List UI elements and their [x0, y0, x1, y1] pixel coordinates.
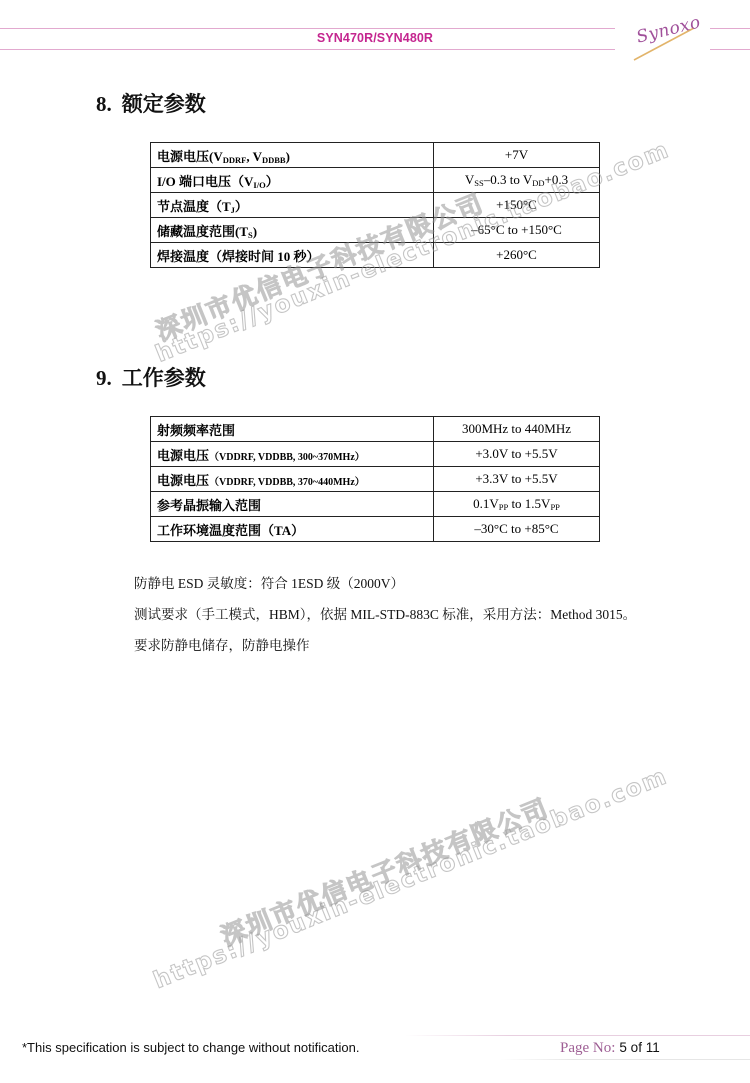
ratings-table: 电源电压(VDDRF, VDDBB) +7V I/O 端口电压（VI/O） VS… [150, 142, 600, 268]
watermark-url: https://youxin-electronic.taobao.com [150, 763, 672, 994]
section-8-heading: 8.额定参数 [96, 88, 206, 118]
table-row: 节点温度（TJ） +150°C [151, 193, 600, 218]
param-value: +150°C [434, 193, 600, 218]
param-label: I/O 端口电压（VI/O） [151, 168, 434, 193]
param-value: –30°C to +85°C [434, 517, 600, 542]
esd-sensitivity-note: 防静电 ESD 灵敏度：符合 1ESD 级（2000V） [134, 572, 404, 592]
param-value: +3.0V to +5.5V [434, 442, 600, 467]
table-row: 电源电压（VDDRF, VDDBB, 300~370MHz） +3.0V to … [151, 442, 600, 467]
param-label: 电源电压（VDDRF, VDDBB, 300~370MHz） [151, 442, 434, 467]
param-value: 0.1VPP to 1.5VPP [434, 492, 600, 517]
brand-logo: Synoxo [628, 14, 708, 64]
table-row: 参考晶振输入范围 0.1VPP to 1.5VPP [151, 492, 600, 517]
table-row: 电源电压（VDDRF, VDDBB, 370~440MHz） +3.3V to … [151, 467, 600, 492]
footer-rule-top [405, 1035, 750, 1036]
table-row: 电源电压(VDDRF, VDDBB) +7V [151, 143, 600, 168]
disclaimer: *This specification is subject to change… [22, 1040, 359, 1055]
param-label: 电源电压（VDDRF, VDDBB, 370~440MHz） [151, 467, 434, 492]
param-label: 电源电压(VDDRF, VDDBB) [151, 143, 434, 168]
handling-note: 要求防静电储存，防静电操作 [134, 634, 310, 654]
header-rule-top-right [710, 28, 750, 29]
watermark-company: 深圳市优信电子科技有限公司 [215, 789, 554, 954]
param-label: 射频频率范围 [151, 417, 434, 442]
param-value: 300MHz to 440MHz [434, 417, 600, 442]
header-rule-top [0, 28, 615, 29]
table-row: I/O 端口电压（VI/O） VSS–0.3 to VDD+0.3 [151, 168, 600, 193]
param-value: VSS–0.3 to VDD+0.3 [434, 168, 600, 193]
param-label: 储藏温度范围(TS) [151, 218, 434, 243]
test-requirement-note: 测试要求（手工模式，HBM），依据 MIL-STD-883C 标准，采用方法：M… [134, 603, 636, 623]
operating-table: 射频频率范围 300MHz to 440MHz 电源电压（VDDRF, VDDB… [150, 416, 600, 542]
param-label: 节点温度（TJ） [151, 193, 434, 218]
footer-rule-bottom [500, 1059, 750, 1060]
table-row: 储藏温度范围(TS) –65°C to +150°C [151, 218, 600, 243]
param-value: +7V [434, 143, 600, 168]
section-9-heading: 9.工作参数 [96, 362, 206, 392]
table-row: 焊接温度（焊接时间 10 秒） +260°C [151, 243, 600, 268]
param-value: +260°C [434, 243, 600, 268]
param-label: 焊接温度（焊接时间 10 秒） [151, 243, 434, 268]
page-number: Page No:5 of 11 [560, 1040, 660, 1057]
param-value: –65°C to +150°C [434, 218, 600, 243]
param-label: 工作环境温度范围（TA） [151, 517, 434, 542]
param-label: 参考晶振输入范围 [151, 492, 434, 517]
header-rule-bottom-right [710, 49, 750, 50]
table-row: 射频频率范围 300MHz to 440MHz [151, 417, 600, 442]
param-value: +3.3V to +5.5V [434, 467, 600, 492]
table-row: 工作环境温度范围（TA） –30°C to +85°C [151, 517, 600, 542]
header-rule-bottom [0, 49, 615, 50]
